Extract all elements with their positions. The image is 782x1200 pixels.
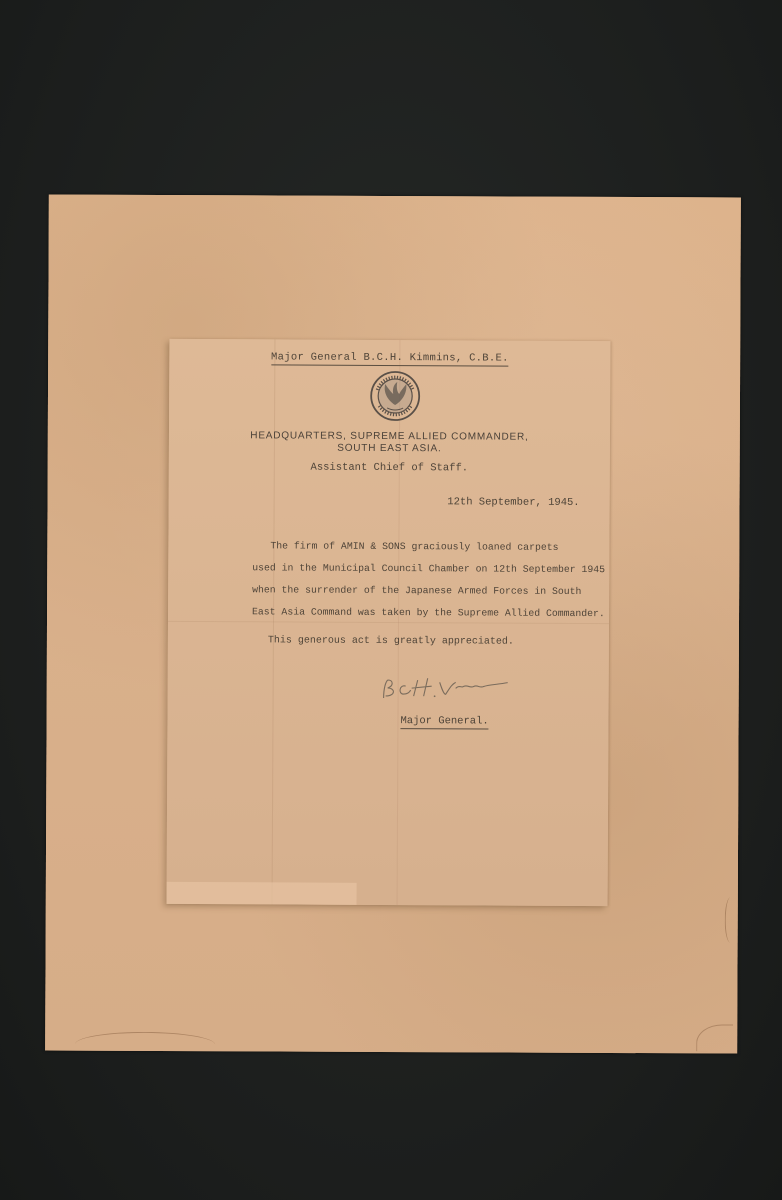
water-stain	[725, 897, 736, 942]
body-line: The firm of AMIN & SONS graciously loane…	[252, 535, 592, 559]
body-line: East Asia Command was taken by the Supre…	[252, 601, 592, 625]
letter-body: The firm of AMIN & SONS graciously loane…	[252, 535, 592, 625]
letter-date: 12th September, 1945.	[447, 496, 579, 509]
organization-heading: HEADQUARTERS, SUPREME ALLIED COMMANDER, …	[169, 430, 610, 456]
phoenix-seal-icon	[369, 370, 421, 422]
department-line: Assistant Chief of Staff.	[169, 461, 610, 475]
signatory-title: Major General.	[400, 715, 488, 727]
water-stain	[696, 1024, 733, 1051]
body-line: when the surrender of the Japanese Armed…	[252, 579, 592, 603]
closing-line: This generous act is greatly appreciated…	[268, 635, 514, 647]
water-stain	[75, 1032, 215, 1048]
handwritten-signature	[380, 674, 515, 705]
letterhead-name: Major General B.C.H. Kimmins, C.B.E.	[169, 351, 610, 365]
typed-letter: Major General B.C.H. Kimmins, C.B.E. HEA…	[167, 339, 611, 906]
paper-tear	[167, 882, 357, 905]
body-line: used in the Municipal Council Chamber on…	[252, 557, 592, 581]
